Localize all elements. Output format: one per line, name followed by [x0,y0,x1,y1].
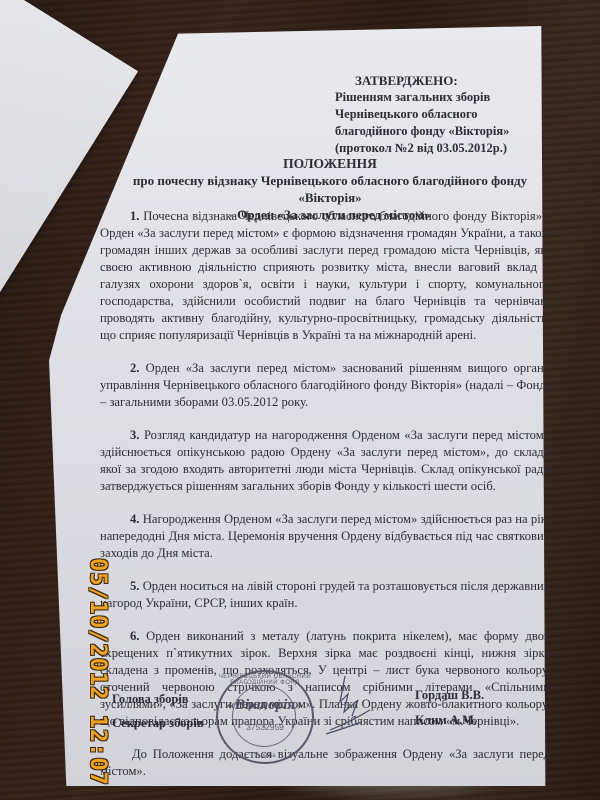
paragraph-text: Орден «За заслуги перед містом» заснован… [100,361,550,409]
approval-line: благодійного фонду «Вікторія» [335,123,555,140]
stamp-center-text: «Вікторія» [218,697,312,714]
approval-line: Рішенням загальних зборів [335,89,555,106]
paragraph-4: 4. Нагородження Орденом «За заслуги пере… [100,511,550,562]
signature-name-chair: Гордаш В.В. [415,688,484,703]
timestamp-text: 05/10/2012 12:07 [80,558,110,788]
paragraph-text: Розгляд кандидатур на нагородження Орден… [100,428,550,493]
paragraph-number: 6. [130,629,139,643]
paragraph-number: 5. [130,579,139,593]
paragraph-text: Орден носиться на лівій стороні грудей т… [100,579,550,610]
approval-line: Чернівецького обласного [335,106,555,123]
title-subtitle: про почесну відзнаку Чернівецького облас… [100,172,560,206]
paragraph-1: 1. Почесна відзнака Чернівецького обласн… [100,208,550,344]
camera-timestamp: 05/10/2012 12:07 [72,548,112,798]
paragraph-text: Нагородження Орденом «За заслуги перед м… [100,512,550,560]
approval-block: ЗАТВЕРДЖЕНО: Рішенням загальних зборів Ч… [335,72,555,157]
closing-note: До Положення додається візуальне зображе… [100,746,550,780]
paragraph-number: 4. [130,512,139,526]
signature-name-secretary: Клим А.М. [415,713,477,728]
paragraph-2: 2. Орден «За заслуги перед містом» засно… [100,360,550,411]
stamp-inner-ring [232,685,296,747]
stamp-code: 37532959 [218,722,312,732]
title-main: ПОЛОЖЕННЯ [100,155,560,172]
paragraph-text: Почесна відзнака Чернівецького обласного… [100,209,550,342]
paragraph-number: 1. [130,209,139,223]
paragraph-number: 2. [130,361,139,375]
paragraph-5: 5. Орден носиться на лівій стороні груде… [100,578,550,612]
signature-role-chair: Голова зборів [112,692,189,707]
approval-heading: ЗАТВЕРДЖЕНО: [335,72,555,89]
handwritten-signature [300,672,380,742]
paragraph-3: 3. Розгляд кандидатур на нагородження Ор… [100,427,550,495]
signature-role-secretary: Секретар зборів [112,716,204,731]
stamp-ring-bottom-text: Україна [218,753,312,759]
paragraph-number: 3. [130,428,139,442]
